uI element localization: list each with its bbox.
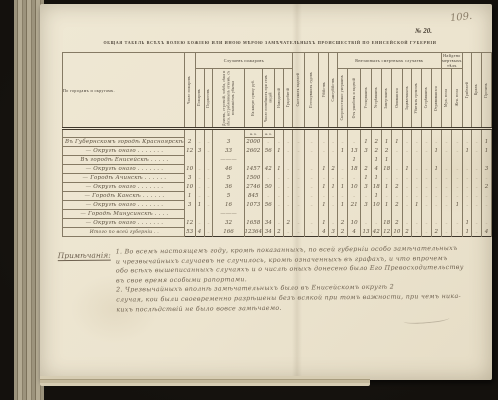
data-cell: – (204, 201, 213, 210)
column-header: Домовъ, строеній, хлѣба, сѣна и лѣса, ис… (213, 69, 244, 129)
data-cell: – (412, 219, 422, 228)
row-label: — Городѣ Канскѣ . . . . . . (63, 192, 185, 201)
data-cell: – (441, 201, 452, 210)
incidents-table: По городамъ и округамъ.Число пожаровъСлу… (62, 52, 492, 237)
data-cell (204, 156, 213, 165)
data-cell: 2 (338, 219, 348, 228)
data-cell: – (263, 174, 275, 183)
data-cell: 33 (213, 147, 244, 156)
data-cell: – (422, 147, 432, 156)
data-cell: – (463, 201, 472, 210)
data-cell: – (463, 138, 472, 147)
data-cell: 18 (381, 165, 391, 174)
data-cell: – (195, 219, 204, 228)
data-cell: – (284, 183, 293, 192)
data-cell: – (304, 192, 319, 201)
table-row: Въ Губернскомъ городѣ Красноярскѣ2––3200… (63, 138, 492, 147)
data-cell: – (284, 174, 293, 183)
data-cell: – (204, 138, 213, 147)
data-cell (274, 156, 284, 165)
sub-header-cell: м. п. (244, 129, 263, 138)
data-cell: 4 (481, 228, 491, 237)
sub-header-cell (472, 129, 482, 138)
data-cell: 1 (452, 201, 463, 210)
data-cell (441, 210, 452, 219)
data-cell: – (304, 183, 319, 192)
sub-header-cell (431, 129, 441, 138)
data-cell: 1658 (244, 219, 263, 228)
data-cell: – (452, 183, 463, 192)
data-cell: 46 (213, 165, 244, 174)
data-cell: 12364 (244, 228, 263, 237)
data-cell: – (412, 228, 422, 237)
data-cell: 2 (392, 201, 402, 210)
column-header: Грабежей (463, 53, 472, 129)
data-cell (431, 156, 441, 165)
column-header: Самоубійствъ (329, 53, 338, 129)
data-cell: – (472, 201, 482, 210)
data-cell (319, 156, 329, 165)
data-cell: 3 (361, 183, 371, 192)
column-header: Задавленныхъ (402, 69, 412, 129)
pencil-mark (403, 314, 449, 325)
data-cell: – (392, 165, 402, 174)
row-label: — Округѣ онаго . . . . . . . (63, 165, 185, 174)
data-cell: 2 (402, 228, 412, 237)
table-row: — Городѣ Канскѣ . . . . . .1––5845––––––… (63, 192, 492, 201)
column-header: Угорѣвшихъ (371, 69, 381, 129)
data-cell: – (481, 201, 491, 210)
sub-header-cell (338, 129, 348, 138)
data-cell: – (402, 174, 412, 183)
doc-number: № 20. (415, 27, 432, 35)
data-cell: – (284, 138, 293, 147)
data-cell: – (412, 192, 422, 201)
data-cell: 166 (213, 228, 244, 237)
data-cell: – (338, 174, 348, 183)
sub-header-cell (422, 129, 432, 138)
data-cell: 1 (371, 174, 381, 183)
data-cell: 2 (392, 219, 402, 228)
data-cell: – (431, 219, 441, 228)
data-cell: – (293, 228, 305, 237)
row-label: — Округѣ онаго . . . . . . . (63, 219, 185, 228)
data-cell: – (195, 183, 204, 192)
data-cell: – (195, 192, 204, 201)
data-cell: – (452, 147, 463, 156)
data-cell: – (304, 219, 319, 228)
data-cell: – (402, 138, 412, 147)
column-header: Число погибшихъ при семъ людей (263, 69, 275, 129)
data-cell: 1 (463, 219, 472, 228)
data-cell: 1500 (244, 174, 263, 183)
data-cell: – (463, 183, 472, 192)
data-cell: – (319, 147, 329, 156)
data-cell: 2 (284, 219, 293, 228)
data-cell: 1 (274, 147, 284, 156)
data-cell: – (284, 228, 293, 237)
data-cell: – (204, 228, 213, 237)
data-cell (481, 156, 491, 165)
data-cell: 2 (371, 147, 381, 156)
data-cell: 16 (213, 201, 244, 210)
data-cell: – (422, 201, 432, 210)
table-row: Въ городѣ Енисейскѣ . . . . .———111 (63, 156, 492, 165)
row-label: Въ Губернскомъ городѣ Красноярскѣ (63, 138, 185, 147)
data-cell: – (204, 183, 213, 192)
data-cell (195, 210, 204, 219)
row-label: Итого по всей губерніи . . (63, 228, 185, 237)
data-cell: – (293, 192, 305, 201)
data-cell (329, 156, 338, 165)
data-cell: 21 (347, 201, 360, 210)
data-cell: – (293, 138, 305, 147)
data-cell: – (452, 138, 463, 147)
data-cell: – (392, 192, 402, 201)
data-cell: 4 (319, 228, 329, 237)
data-cell (361, 156, 371, 165)
data-cell: 1 (361, 174, 371, 183)
data-cell: 2 (329, 165, 338, 174)
data-cell: ——— (213, 156, 244, 165)
column-header: Скоропостижно умершихъ (338, 69, 348, 129)
data-cell: – (293, 183, 305, 192)
data-cell: 2 (392, 183, 402, 192)
data-cell: 4 (195, 228, 204, 237)
data-cell: 2 (381, 147, 391, 156)
data-cell (412, 210, 422, 219)
data-cell: – (329, 192, 338, 201)
column-header: Число пожаровъ (184, 53, 195, 129)
data-cell: – (329, 138, 338, 147)
data-cell: – (452, 192, 463, 201)
data-cell: – (293, 219, 305, 228)
group-header: Случаевъ пожаровъ (195, 53, 293, 69)
data-cell: – (431, 183, 441, 192)
table-row: — Округѣ онаго . . . . . . .10––36274650… (63, 183, 492, 192)
data-cell: 5 (213, 174, 244, 183)
data-cell: – (472, 192, 482, 201)
sub-header-cell (441, 129, 452, 138)
data-cell: 10 (347, 183, 360, 192)
data-cell: – (304, 147, 319, 156)
data-cell: – (304, 165, 319, 174)
data-cell (402, 156, 412, 165)
data-cell: 1 (463, 228, 472, 237)
data-cell: 1 (381, 138, 391, 147)
row-label: — Городѣ Ачинскѣ . . . . . . (63, 174, 185, 183)
data-cell: – (422, 174, 432, 183)
data-cell: 3 (184, 174, 195, 183)
data-cell: – (452, 219, 463, 228)
sub-header-cell (329, 129, 338, 138)
data-cell (293, 156, 305, 165)
data-cell (304, 156, 319, 165)
sub-header-cell (304, 129, 319, 138)
column-header: Прочихъ (481, 53, 491, 129)
row-label: — Округѣ онаго . . . . . . . (63, 201, 185, 210)
data-cell: – (263, 138, 275, 147)
data-cell (338, 156, 348, 165)
data-cell: 1 (184, 192, 195, 201)
data-cell: – (195, 138, 204, 147)
data-cell: 2 (481, 183, 491, 192)
data-cell: 1 (319, 183, 329, 192)
data-cell: – (431, 174, 441, 183)
data-cell: – (347, 138, 360, 147)
sub-header-cell (195, 129, 204, 138)
sub-header-cell (402, 129, 412, 138)
column-header: Муж. пола (441, 69, 452, 129)
data-cell (361, 210, 371, 219)
data-cell: – (463, 174, 472, 183)
data-cell (371, 210, 381, 219)
data-cell: 3 (361, 147, 371, 156)
data-cell: 3 (184, 201, 195, 210)
column-header: Потонувшихъ судовъ (304, 53, 319, 129)
data-cell: – (402, 192, 412, 201)
data-cell (195, 156, 204, 165)
data-cell (284, 210, 293, 219)
data-cell: – (329, 147, 338, 156)
data-cell: – (472, 174, 482, 183)
data-cell (452, 210, 463, 219)
column-header: Пожаровъ (195, 69, 204, 129)
data-cell: 1 (319, 201, 329, 210)
data-cell: 18 (347, 165, 360, 174)
data-cell: – (274, 201, 284, 210)
data-cell (402, 210, 412, 219)
row-label: — Округѣ онаго . . . . . . . (63, 147, 185, 156)
data-cell: 1 (371, 156, 381, 165)
data-cell: – (422, 219, 432, 228)
data-cell: 13 (361, 228, 371, 237)
sub-header-cell (463, 129, 472, 138)
sub-header-cell (319, 129, 329, 138)
data-cell: – (472, 138, 482, 147)
data-cell: 1 (463, 147, 472, 156)
data-cell: – (402, 201, 412, 210)
data-cell: 5 (213, 192, 244, 201)
data-cell: – (452, 174, 463, 183)
data-cell: – (472, 165, 482, 174)
data-cell: 12 (184, 147, 195, 156)
data-cell: 10 (392, 228, 402, 237)
data-cell: – (412, 183, 422, 192)
data-cell: 3 (329, 228, 338, 237)
column-header: Скотскихъ падежей (293, 53, 305, 129)
data-cell: – (284, 201, 293, 210)
table-row: — Округѣ онаго . . . . . . .10––46145742… (63, 165, 492, 174)
data-cell: 10 (347, 219, 360, 228)
sub-header-cell (361, 129, 371, 138)
data-cell: 10 (184, 165, 195, 174)
data-cell: 18 (381, 219, 391, 228)
data-cell: – (452, 165, 463, 174)
table-row: — Округѣ онаго . . . . . . .12––32165834… (63, 219, 492, 228)
data-cell (274, 210, 284, 219)
data-cell: 1 (319, 219, 329, 228)
group-header: Найдено мертвыхъ тѣлъ (441, 53, 463, 69)
data-cell: – (392, 147, 402, 156)
document-page: 109. № 20. ОБЩАЯ ТАБЕЛЬ ВСѢХЪ ВОЛЕЮ БОЖІ… (40, 4, 492, 380)
data-cell: – (431, 201, 441, 210)
column-header: Опившихся (392, 69, 402, 129)
data-cell: ——— (213, 210, 244, 219)
sub-header-cell (381, 129, 391, 138)
data-cell: 4 (347, 228, 360, 237)
data-cell: 3 (195, 147, 204, 156)
data-cell (463, 156, 472, 165)
data-cell: 2 (274, 228, 284, 237)
table-corner-label: По городамъ и округамъ. (63, 53, 185, 129)
data-cell: – (329, 174, 338, 183)
data-cell: – (329, 219, 338, 228)
data-cell: – (204, 147, 213, 156)
data-cell: – (274, 174, 284, 183)
data-cell (204, 210, 213, 219)
column-header: Поджоговъ (204, 69, 213, 129)
data-cell: – (402, 219, 412, 228)
row-label: — Городѣ Минусинскѣ . . . . (63, 210, 185, 219)
data-cell: 53 (184, 228, 195, 237)
data-cell: – (304, 201, 319, 210)
data-cell: – (463, 192, 472, 201)
sub-header-cell (392, 129, 402, 138)
data-cell: – (463, 165, 472, 174)
data-cell: – (304, 174, 319, 183)
data-cell: – (284, 147, 293, 156)
data-cell: 2746 (244, 183, 263, 192)
data-cell: – (304, 228, 319, 237)
data-cell (244, 156, 263, 165)
column-header: Отравившихся (431, 69, 441, 129)
sub-header-cell (284, 129, 293, 138)
data-cell: – (441, 174, 452, 183)
data-cell: 34 (263, 228, 275, 237)
data-cell: 50 (263, 183, 275, 192)
data-cell: – (441, 183, 452, 192)
data-cell: 1 (412, 201, 422, 210)
data-cell: – (263, 192, 275, 201)
data-cell: 1 (481, 147, 491, 156)
data-cell: 4 (371, 165, 381, 174)
data-cell (463, 210, 472, 219)
data-cell (184, 210, 195, 219)
data-cell: 56 (263, 201, 275, 210)
data-cell (452, 156, 463, 165)
data-cell: 2 (431, 228, 441, 237)
sub-header-cell: ж. п. (263, 129, 275, 138)
data-cell: – (441, 228, 452, 237)
data-cell: – (441, 165, 452, 174)
data-cell: 1 (347, 156, 360, 165)
table-row: — Городѣ Минусинскѣ . . . .——— (63, 210, 492, 219)
folio-number: 109. (449, 11, 472, 24)
column-header: Сгорѣвшихъ (422, 69, 432, 129)
data-cell: – (204, 165, 213, 174)
data-cell: – (422, 138, 432, 147)
row-label: — Округѣ онаго . . . . . . . (63, 183, 185, 192)
data-cell (422, 210, 432, 219)
data-cell (347, 210, 360, 219)
data-cell: – (338, 165, 348, 174)
data-cell: – (472, 228, 482, 237)
data-cell: 1 (329, 183, 338, 192)
notes-label: Примѣчанія: (58, 251, 111, 262)
data-cell: 42 (371, 228, 381, 237)
data-cell: – (481, 219, 491, 228)
column-header: На какую сумму руб. (244, 69, 263, 129)
data-cell: 1 (381, 201, 391, 210)
data-cell: 2 (184, 138, 195, 147)
data-cell: 1 (431, 147, 441, 156)
page-title: ОБЩАЯ ТАБЕЛЬ ВСѢХЪ ВОЛЕЮ БОЖІЕЮ ИЛИ ИНОЮ… (70, 40, 470, 45)
book-bottom-edges (40, 376, 370, 386)
data-cell (472, 210, 482, 219)
data-cell (381, 210, 391, 219)
sub-header-cell (481, 129, 491, 138)
data-cell: – (347, 174, 360, 183)
data-cell: 1 (371, 192, 381, 201)
data-cell: – (274, 183, 284, 192)
data-cell: – (381, 174, 391, 183)
data-cell: 1 (195, 201, 204, 210)
data-cell: – (402, 147, 412, 156)
table-row: — Округѣ онаго . . . . . . .123–33260256… (63, 147, 492, 156)
sub-header-cell (371, 129, 381, 138)
data-cell: – (452, 228, 463, 237)
data-cell: 1 (381, 156, 391, 165)
data-cell: 18 (371, 183, 381, 192)
data-cell: 2000 (244, 138, 263, 147)
data-cell: – (293, 201, 305, 210)
data-cell: 1 (274, 165, 284, 174)
data-cell: 2 (371, 138, 381, 147)
data-cell: – (319, 192, 329, 201)
data-cell: – (338, 138, 348, 147)
data-cell: 3 (481, 165, 491, 174)
data-cell: – (392, 174, 402, 183)
column-header: Убійствъ (319, 53, 329, 129)
data-cell: – (361, 192, 371, 201)
data-cell: – (481, 174, 491, 183)
data-cell: 1073 (244, 201, 263, 210)
column-header: Градобитій (284, 69, 293, 129)
column-header: Убитыхъ громомъ (412, 69, 422, 129)
data-cell (422, 156, 432, 165)
data-cell (244, 210, 263, 219)
sub-header-cell (184, 129, 195, 138)
group-header: Внезапныхъ смертныхъ случаевъ (338, 53, 441, 69)
table-row: — Округѣ онаго . . . . . . .31–16107356–… (63, 201, 492, 210)
data-cell: – (274, 219, 284, 228)
data-cell: 13 (347, 147, 360, 156)
data-cell: – (204, 192, 213, 201)
data-cell: 1 (392, 138, 402, 147)
sub-header-cell (412, 129, 422, 138)
data-cell (472, 156, 482, 165)
data-cell: 1 (431, 165, 441, 174)
data-cell: 3 (213, 138, 244, 147)
data-cell: – (284, 192, 293, 201)
sub-header-cell (452, 129, 463, 138)
data-cell: 1 (402, 165, 412, 174)
data-cell (284, 156, 293, 165)
data-cell: – (274, 192, 284, 201)
data-cell: – (402, 183, 412, 192)
data-cell: 10 (184, 183, 195, 192)
